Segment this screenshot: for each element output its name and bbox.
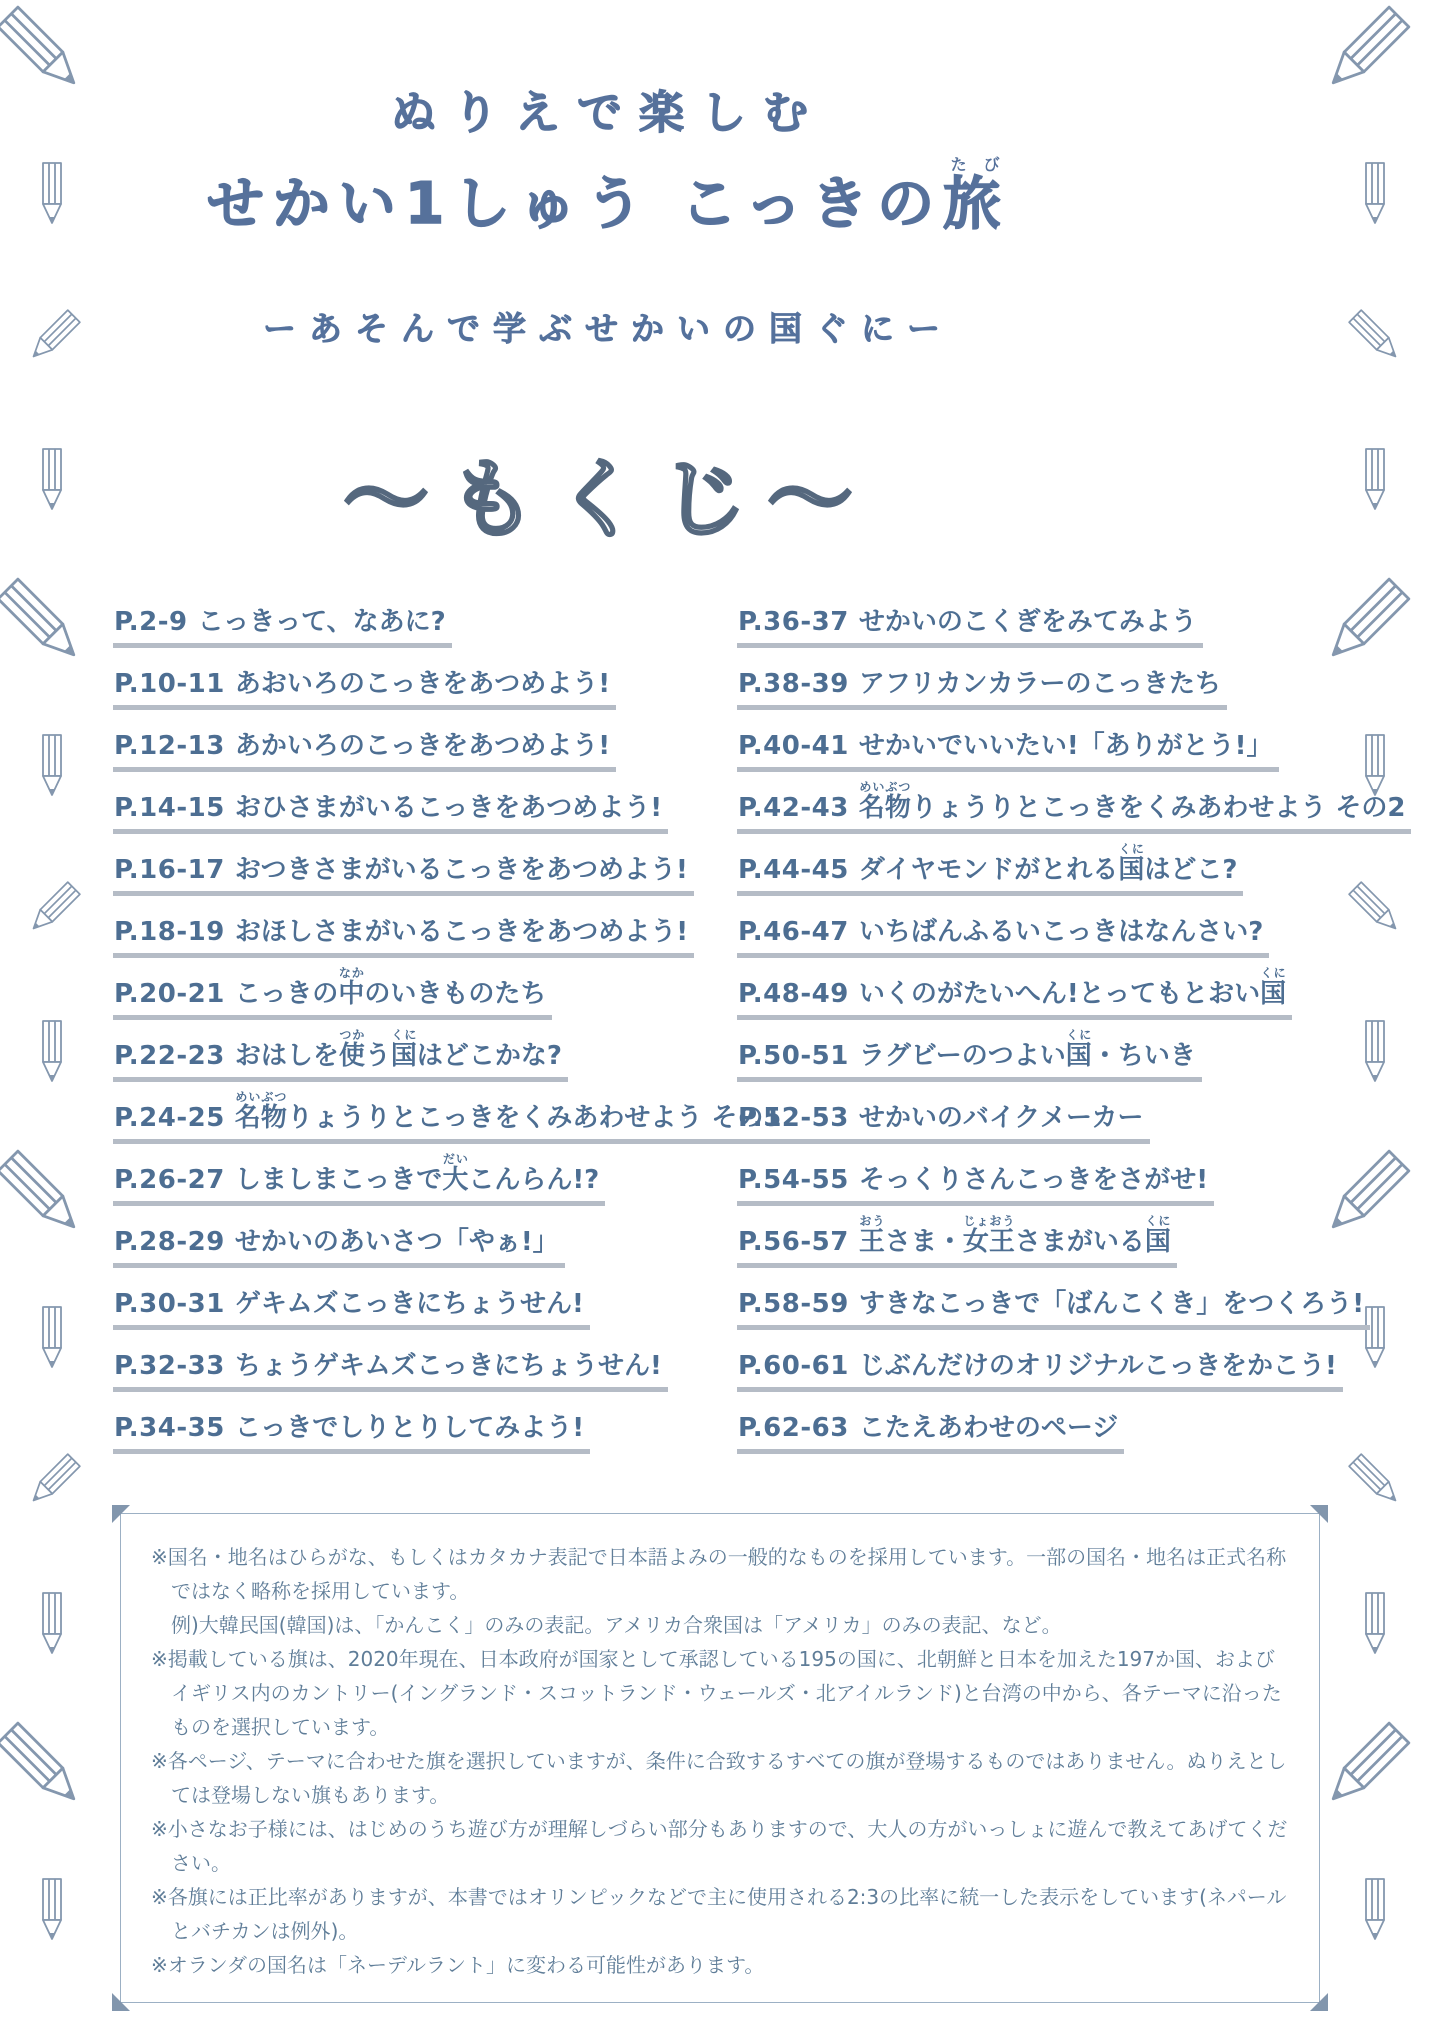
toc-entry: P.2-9こっきって、なあに? <box>113 586 737 648</box>
toc-entry-pages: P.20-21 <box>114 979 225 1009</box>
notes-box: ※国名・地名はひらがな、もしくはカタカナ表記で日本語よみの一般的なものを採用して… <box>120 1513 1320 2003</box>
pencil-icon <box>1360 1591 1390 1657</box>
toc-entry-pages: P.40-41 <box>738 731 849 761</box>
corner-fold-icon <box>1310 1993 1328 2011</box>
note-item: 例)大韓民国(韓国)は、「かんこく」のみの表記。アメリカ合衆国は「アメリカ」のみ… <box>151 1608 1289 1642</box>
pencil-icon <box>37 1591 67 1657</box>
note-item: ※オランダの国名は「ネーデルラント」に変わる可能性があります。 <box>151 1948 1289 1982</box>
toc-entry-title: P.58-59すきなこっきで「ばんこくき」をつくろう! <box>737 1290 1370 1330</box>
toc-entry-title: P.20-21こっきの中なかのいきものたち <box>113 966 552 1020</box>
pencil-icon <box>1344 305 1408 369</box>
toc-entry-pages: P.10-11 <box>114 669 225 699</box>
toc-entry-pages: P.46-47 <box>738 917 849 947</box>
toc-entry-pages: P.36-37 <box>738 607 849 637</box>
pencil-icon <box>1312 0 1417 104</box>
page-title-line2: せかい1しゅう こっきの旅たび <box>113 155 1103 240</box>
pencil-icon <box>0 1714 95 1819</box>
toc-entry-title: P.46-47いちばんふるいこっきはなんさい? <box>737 918 1269 958</box>
toc-entry-title: P.36-37せかいのこくぎをみてみよう <box>737 608 1203 648</box>
toc-entry: P.24-25名物めいぶつりょうりとこっきをくみあわせよう その1 <box>113 1082 737 1144</box>
toc-entry: P.32-33ちょうゲキムズこっきにちょうせん! <box>113 1330 737 1392</box>
pencil-icon <box>21 305 85 369</box>
toc-entry: P.46-47いちばんふるいこっきはなんさい? <box>737 896 1411 958</box>
toc-entry-pages: P.54-55 <box>738 1165 849 1195</box>
toc-entry-pages: P.16-17 <box>114 855 225 885</box>
toc-entry-title: P.48-49いくのがたいへん!とってもとおい国くに <box>737 966 1292 1020</box>
toc-entry-title: P.18-19おほしさまがいるこっきをあつめよう! <box>113 918 694 958</box>
toc-entry: P.30-31ゲキムズこっきにちょうせん! <box>113 1268 737 1330</box>
pencil-icon <box>21 1449 85 1513</box>
pencil-icon <box>37 447 67 513</box>
toc-entry-pages: P.28-29 <box>114 1227 225 1257</box>
toc-entry-pages: P.2-9 <box>114 607 188 637</box>
toc-entry-pages: P.22-23 <box>114 1041 225 1071</box>
toc-entry-title: P.16-17おつきさまがいるこっきをあつめよう! <box>113 856 694 896</box>
toc-entry-title: P.30-31ゲキムズこっきにちょうせん! <box>113 1290 590 1330</box>
toc-entry-title: P.54-55そっくりさんこっきをさがせ! <box>737 1166 1214 1206</box>
toc-entry: P.60-61じぶんだけのオリジナルこっきをかこう! <box>737 1330 1411 1392</box>
toc-entry-title: P.2-9こっきって、なあに? <box>113 608 452 648</box>
pencil-icon <box>37 1877 67 1943</box>
toc-entry: P.42-43名物めいぶつりょうりとこっきをくみあわせよう その2 <box>737 772 1411 834</box>
page-title-line1: ぬりえで楽しむ <box>113 76 1103 141</box>
toc-entry-title: P.32-33ちょうゲキムズこっきにちょうせん! <box>113 1352 668 1392</box>
toc-entry-pages: P.12-13 <box>114 731 225 761</box>
toc-entry-pages: P.14-15 <box>114 793 225 823</box>
toc-entry-pages: P.18-19 <box>114 917 225 947</box>
toc-entry-pages: P.56-57 <box>738 1227 849 1257</box>
title-block: ぬりえで楽しむ せかい1しゅう こっきの旅たび <box>113 76 1103 240</box>
toc-entry: P.40-41せかいでいいたい!「ありがとう!」 <box>737 710 1411 772</box>
toc-entry: P.28-29せかいのあいさつ「やぁ!」 <box>113 1206 737 1268</box>
toc-entry-title: P.60-61じぶんだけのオリジナルこっきをかこう! <box>737 1352 1343 1392</box>
toc-entry-pages: P.24-25 <box>114 1103 225 1133</box>
toc-entry-pages: P.50-51 <box>738 1041 849 1071</box>
pencil-icon <box>1360 161 1390 227</box>
note-item: ※各ページ、テーマに合わせた旗を選択していますが、条件に合致するすべての旗が登場… <box>151 1744 1289 1812</box>
toc-entry-pages: P.52-53 <box>738 1103 849 1133</box>
toc-entry: P.54-55そっくりさんこっきをさがせ! <box>737 1144 1411 1206</box>
toc-entry: P.20-21こっきの中なかのいきものたち <box>113 958 737 1020</box>
toc-entry-title: P.38-39アフリカンカラーのこっきたち <box>737 670 1227 710</box>
pencil-icon <box>37 1305 67 1371</box>
toc-entry-pages: P.26-27 <box>114 1165 225 1195</box>
toc-entry-title: P.44-45ダイヤモンドがとれる国くにはどこ? <box>737 842 1243 896</box>
corner-fold-icon <box>1310 1505 1328 1523</box>
toc-entry-pages: P.44-45 <box>738 855 849 885</box>
pencil-icon <box>1360 1877 1390 1943</box>
pencil-icon <box>37 1019 67 1085</box>
toc-entry-title: P.42-43名物めいぶつりょうりとこっきをくみあわせよう その2 <box>737 780 1411 834</box>
pencil-icon <box>1344 1449 1408 1513</box>
toc-entry-title: P.22-23おはしを使つかう国くにはどこかな? <box>113 1028 568 1082</box>
pencil-icon <box>0 1142 95 1247</box>
corner-fold-icon <box>112 1993 130 2011</box>
corner-fold-icon <box>112 1505 130 1523</box>
toc-column-left: P.2-9こっきって、なあに?P.10-11あおいろのこっきをあつめよう!P.1… <box>113 586 737 1454</box>
note-item: ※掲載している旗は、2020年現在、日本政府が国家として承認している195の国に… <box>151 1642 1289 1744</box>
pencil-icon <box>1312 1714 1417 1819</box>
toc-entry-pages: P.48-49 <box>738 979 849 1009</box>
note-item: ※小さなお子様には、はじめのうち遊び方が理解しづらい部分もありますので、大人の方… <box>151 1812 1289 1880</box>
toc-column-right: P.36-37せかいのこくぎをみてみようP.38-39アフリカンカラーのこっきた… <box>737 586 1411 1454</box>
toc-entry: P.52-53せかいのバイクメーカー <box>737 1082 1411 1144</box>
toc-entry: P.34-35こっきでしりとりしてみよう! <box>113 1392 737 1454</box>
toc-entry: P.62-63こたえあわせのページ <box>737 1392 1411 1454</box>
toc-entry-title: P.26-27しましまこっきで大だいこんらん!? <box>113 1152 605 1206</box>
pencil-icon <box>37 733 67 799</box>
toc-entry: P.26-27しましまこっきで大だいこんらん!? <box>113 1144 737 1206</box>
toc-entry-title: P.10-11あおいろのこっきをあつめよう! <box>113 670 616 710</box>
table-of-contents: P.2-9こっきって、なあに?P.10-11あおいろのこっきをあつめよう!P.1… <box>113 586 1343 1454</box>
toc-entry: P.56-57王おうさま・女王じょおうさまがいる国くに <box>737 1206 1411 1268</box>
toc-entry-pages: P.58-59 <box>738 1289 849 1319</box>
toc-entry: P.16-17おつきさまがいるこっきをあつめよう! <box>113 834 737 896</box>
note-item: ※各旗には正比率がありますが、本書ではオリンピックなどで主に使用される2:3の比… <box>151 1880 1289 1948</box>
toc-entry-title: P.62-63こたえあわせのページ <box>737 1414 1124 1454</box>
toc-entry: P.44-45ダイヤモンドがとれる国くにはどこ? <box>737 834 1411 896</box>
toc-entry-pages: P.30-31 <box>114 1289 225 1319</box>
toc-entry: P.58-59すきなこっきで「ばんこくき」をつくろう! <box>737 1268 1411 1330</box>
pencil-icon <box>21 877 85 941</box>
toc-entry-title: P.12-13あかいろのこっきをあつめよう! <box>113 732 616 772</box>
pencil-icon <box>1360 447 1390 513</box>
toc-entry-pages: P.38-39 <box>738 669 849 699</box>
toc-entry: P.10-11あおいろのこっきをあつめよう! <box>113 648 737 710</box>
toc-entry: P.48-49いくのがたいへん!とってもとおい国くに <box>737 958 1411 1020</box>
pencil-icon <box>37 161 67 227</box>
toc-entry-title: P.40-41せかいでいいたい!「ありがとう!」 <box>737 732 1279 772</box>
toc-entry: P.36-37せかいのこくぎをみてみよう <box>737 586 1411 648</box>
toc-entry-pages: P.32-33 <box>114 1351 225 1381</box>
toc-entry: P.38-39アフリカンカラーのこっきたち <box>737 648 1411 710</box>
toc-entry-title: P.50-51ラグビーのつよい国くに・ちいき <box>737 1028 1202 1082</box>
pencil-icon <box>0 570 95 675</box>
toc-entry: P.22-23おはしを使つかう国くにはどこかな? <box>113 1020 737 1082</box>
toc-entry-title: P.28-29せかいのあいさつ「やぁ!」 <box>113 1228 565 1268</box>
page-subtitle: ーあそんで学ぶせかいの国ぐにー <box>113 303 1103 350</box>
toc-entry-pages: P.62-63 <box>738 1413 849 1443</box>
toc-entry: P.50-51ラグビーのつよい国くに・ちいき <box>737 1020 1411 1082</box>
book-toc-page: ぬりえで楽しむ せかい1しゅう こっきの旅たび ーあそんで学ぶせかいの国ぐにー … <box>0 0 1433 2025</box>
pencil-icon <box>0 0 95 104</box>
toc-entry: P.12-13あかいろのこっきをあつめよう! <box>113 710 737 772</box>
toc-entry-pages: P.60-61 <box>738 1351 849 1381</box>
toc-heading: 〜もくじ〜 <box>113 430 1103 554</box>
toc-entry: P.14-15おひさまがいるこっきをあつめよう! <box>113 772 737 834</box>
toc-entry-title: P.24-25名物めいぶつりょうりとこっきをくみあわせよう その1 <box>113 1090 787 1144</box>
toc-entry-pages: P.34-35 <box>114 1413 225 1443</box>
toc-entry: P.18-19おほしさまがいるこっきをあつめよう! <box>113 896 737 958</box>
toc-entry-title: P.34-35こっきでしりとりしてみよう! <box>113 1414 590 1454</box>
toc-entry-title: P.14-15おひさまがいるこっきをあつめよう! <box>113 794 668 834</box>
toc-entry-title: P.56-57王おうさま・女王じょおうさまがいる国くに <box>737 1214 1177 1268</box>
toc-entry-title: P.52-53せかいのバイクメーカー <box>737 1104 1150 1144</box>
note-item: ※国名・地名はひらがな、もしくはカタカナ表記で日本語よみの一般的なものを採用して… <box>151 1540 1289 1608</box>
toc-entry-pages: P.42-43 <box>738 793 849 823</box>
